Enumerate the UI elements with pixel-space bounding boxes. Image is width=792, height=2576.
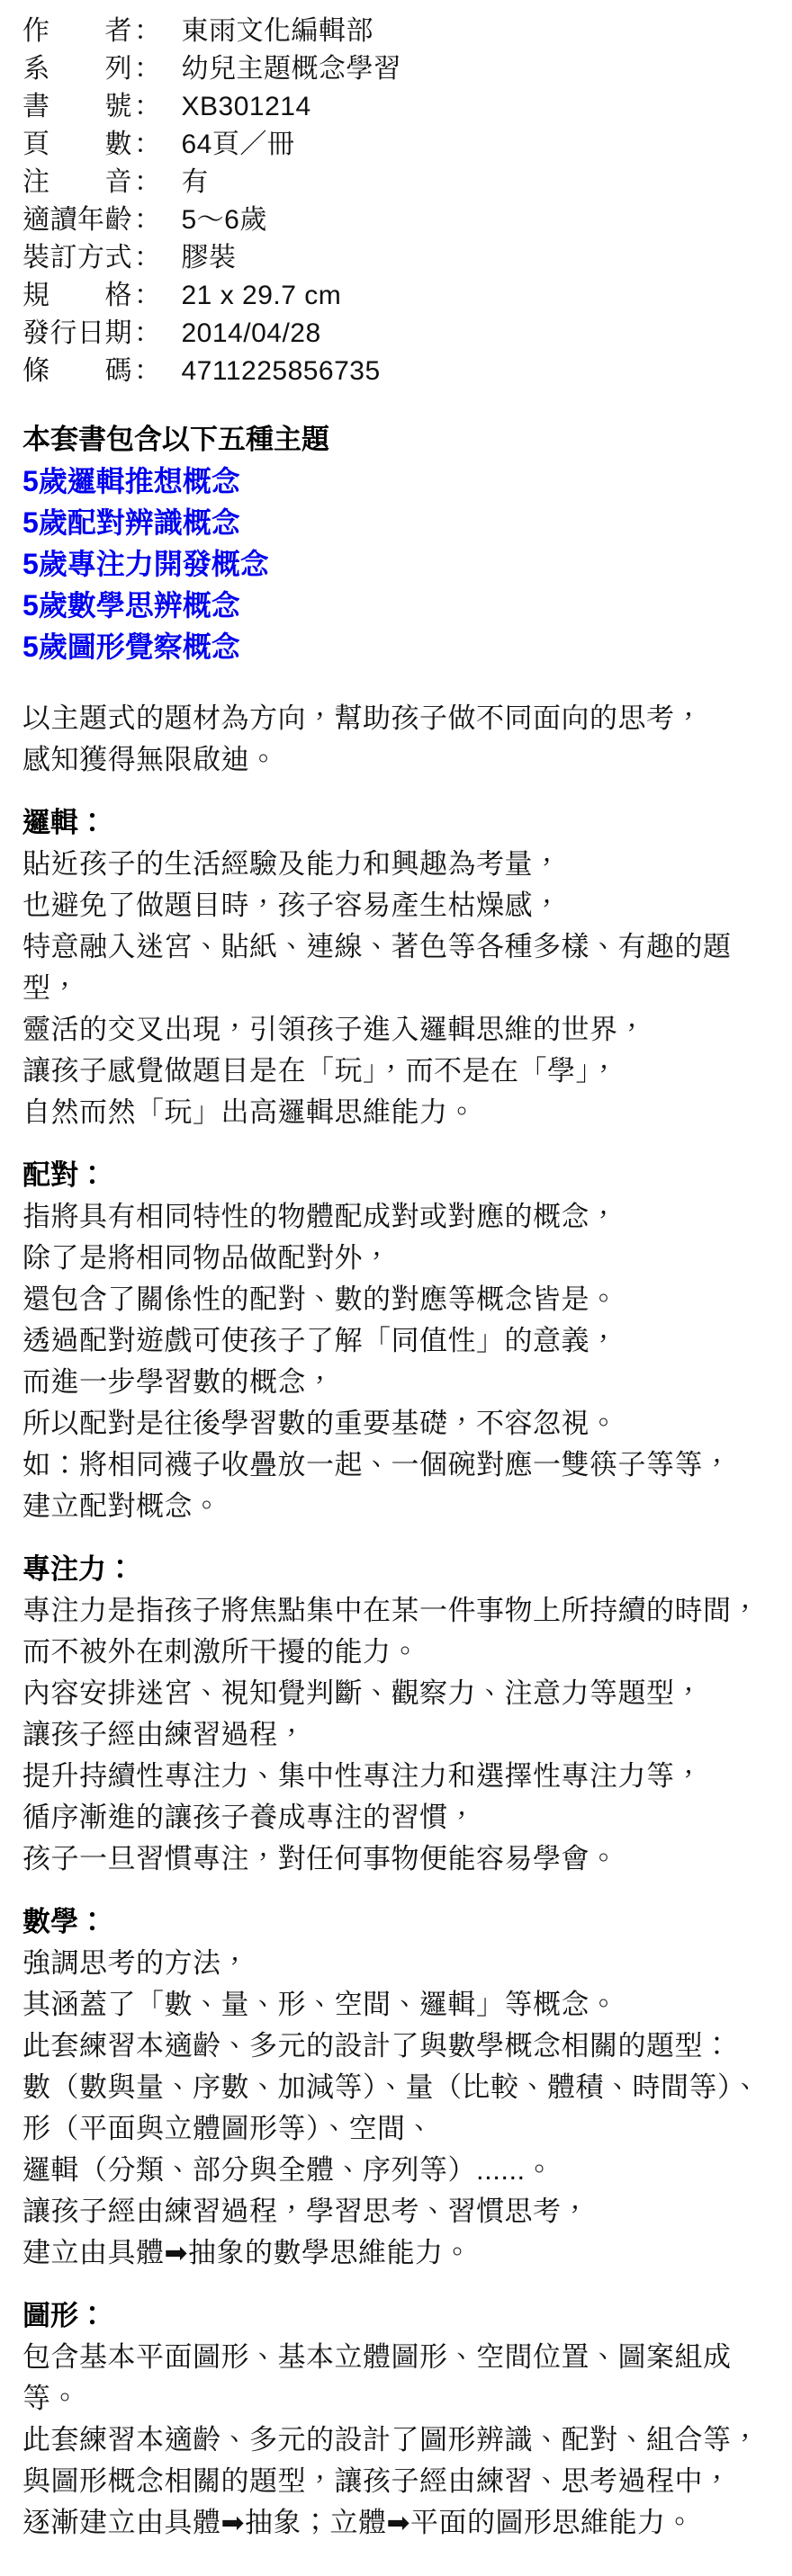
theme-links: 5歲邏輯推想概念 5歲配對辨識概念 5歲專注力開發概念 5歲數學思辨概念 5歲圖… — [22, 461, 774, 667]
meta-row-author: 作者 ： 東雨文化編輯部 — [22, 13, 774, 50]
meta-row-book-number: 書號 ： XB301214 — [22, 88, 774, 126]
meta-label: 適讀年齡 — [22, 201, 132, 239]
section-line: 讓孩子感覺做題目是在「玩」，而不是在「學」， — [22, 1051, 774, 1092]
section-line: 內容安排迷宮、視知覺判斷、觀察力、注意力等題型， — [22, 1673, 774, 1714]
section-line: 其涵蓋了「數、量、形、空間、邏輯」等概念。 — [22, 1984, 774, 2026]
theme-link-shapes[interactable]: 5歲圖形覺察概念 — [22, 626, 240, 667]
section-line: 建立配對概念。 — [22, 1486, 774, 1527]
meta-colon: ： — [134, 13, 162, 50]
meta-row-series: 系列 ： 幼兒主題概念學習 — [22, 50, 774, 88]
section-line: 貼近孩子的生活經驗及能力和興趣為考量， — [22, 844, 774, 885]
intro-line: 感知獲得無限啟迪。 — [22, 739, 774, 781]
meta-colon: ： — [134, 50, 162, 88]
section-line: 與圖形概念相關的題型，讓孩子經由練習、思考過程中， — [22, 2461, 774, 2502]
book-metadata: 作者 ： 東雨文化編輯部 系列 ： 幼兒主題概念學習 書號 ： XB301214… — [22, 13, 774, 390]
meta-colon: ： — [134, 88, 162, 126]
meta-row-pages: 頁數 ： 64頁／冊 — [22, 126, 774, 164]
section-math: 數學： 強調思考的方法， 其涵蓋了「數、量、形、空間、邏輯」等概念。 此套練習本… — [22, 1901, 774, 2274]
meta-colon: ： — [134, 353, 162, 390]
section-line: 強調思考的方法， — [22, 1943, 774, 1984]
meta-label: 發行日期 — [22, 315, 132, 353]
meta-value: 64頁／冊 — [182, 126, 295, 164]
meta-label: 條碼 — [22, 353, 132, 390]
section-line: 也避免了做題目時，孩子容易產生枯燥感， — [22, 885, 774, 926]
section-line: 建立由具體➡抽象的數學思維能力。 — [22, 2232, 774, 2274]
section-line: 除了是將相同物品做配對外， — [22, 1238, 774, 1279]
meta-value: 2014/04/28 — [182, 315, 321, 353]
section-focus: 專注力： 專注力是指孩子將焦點集中在某一件事物上所持續的時間， 而不被外在刺激所… — [22, 1549, 774, 1880]
section-heading: 配對： — [22, 1155, 774, 1196]
meta-value: 21 x 29.7 cm — [182, 277, 342, 315]
section-line: 讓孩子經由練習過程， — [22, 1714, 774, 1756]
section-heading: 圖形： — [22, 2295, 774, 2337]
meta-label: 系列 — [22, 50, 132, 88]
meta-label: 作者 — [22, 13, 132, 50]
section-shapes: 圖形： 包含基本平面圖形、基本立體圖形、空間位置、圖案組成等。 此套練習本適齡、… — [22, 2295, 774, 2544]
meta-label: 裝訂方式 — [22, 239, 132, 277]
intro-paragraph: 以主題式的題材為方向，幫助孩子做不同面向的思考， 感知獲得無限啟迪。 — [22, 698, 774, 781]
section-line: 提升持續性專注力、集中性專注力和選擇性專注力等， — [22, 1756, 774, 1797]
meta-value: XB301214 — [182, 88, 311, 126]
section-line: 如：將相同襪子收疊放一起、一個碗對應一雙筷子等等， — [22, 1445, 774, 1486]
meta-row-publish-date: 發行日期 ： 2014/04/28 — [22, 315, 774, 353]
meta-colon: ： — [134, 277, 162, 315]
section-line: 數（數與量、序數、加減等）、量（比較、體積、時間等）、 — [22, 2067, 774, 2108]
section-line: 包含基本平面圖形、基本立體圖形、空間位置、圖案組成等。 — [22, 2337, 774, 2419]
meta-label: 規格 — [22, 277, 132, 315]
theme-link-focus[interactable]: 5歲專注力開發概念 — [22, 543, 269, 585]
intro-line: 以主題式的題材為方向，幫助孩子做不同面向的思考， — [22, 698, 774, 739]
section-line: 邏輯（分類、部分與全體、序列等）......。 — [22, 2150, 774, 2191]
section-line: 自然而然「玩」出高邏輯思維能力。 — [22, 1092, 774, 1133]
meta-colon: ： — [134, 126, 162, 164]
meta-row-barcode: 條碼 ： 4711225856735 — [22, 353, 774, 390]
section-line: 逐漸建立由具體➡抽象；立體➡平面的圖形思維能力。 — [22, 2502, 774, 2544]
meta-value: 膠裝 — [182, 239, 237, 277]
section-line: 此套練習本適齡、多元的設計了與數學概念相關的題型： — [22, 2026, 774, 2067]
meta-colon: ： — [134, 239, 162, 277]
section-line: 孩子一旦習慣專注，對任何事物便能容易學會。 — [22, 1838, 774, 1880]
section-line: 形（平面與立體圖形等）、空間、 — [22, 2108, 774, 2150]
meta-row-phonetic: 注音 ： 有 — [22, 164, 774, 201]
section-line: 透過配對遊戲可使孩子了解「同值性」的意義， — [22, 1320, 774, 1362]
section-line: 還包含了關係性的配對、數的對應等概念皆是。 — [22, 1279, 774, 1320]
meta-colon: ： — [134, 164, 162, 201]
meta-label: 書號 — [22, 88, 132, 126]
section-line: 所以配對是往後學習數的重要基礎，不容忽視。 — [22, 1403, 774, 1445]
product-detail-page: 作者 ： 東雨文化編輯部 系列 ： 幼兒主題概念學習 書號 ： XB301214… — [0, 0, 792, 2576]
meta-value: 有 — [182, 164, 210, 201]
meta-value: 東雨文化編輯部 — [182, 13, 374, 50]
section-line: 而不被外在刺激所干擾的能力。 — [22, 1632, 774, 1673]
meta-value: 4711225856735 — [182, 353, 381, 390]
meta-colon: ： — [134, 201, 162, 239]
meta-colon: ： — [134, 315, 162, 353]
section-line: 讓孩子經由練習過程，學習思考、習慣思考， — [22, 2191, 774, 2232]
meta-row-size: 規格 ： 21 x 29.7 cm — [22, 277, 774, 315]
meta-label: 頁數 — [22, 126, 132, 164]
section-line: 特意融入迷宮、貼紙、連線、著色等各種多樣、有趣的題型， — [22, 926, 774, 1009]
section-heading: 數學： — [22, 1901, 774, 1943]
section-line: 循序漸進的讓孩子養成專注的習慣， — [22, 1797, 774, 1838]
meta-label: 注音 — [22, 164, 132, 201]
section-heading: 專注力： — [22, 1549, 774, 1590]
section-line: 靈活的交叉出現，引領孩子進入邏輯思維的世界， — [22, 1009, 774, 1051]
theme-link-matching[interactable]: 5歲配對辨識概念 — [22, 502, 240, 543]
section-line: 而進一步學習數的概念， — [22, 1362, 774, 1403]
theme-link-math[interactable]: 5歲數學思辨概念 — [22, 585, 240, 626]
section-line: 專注力是指孩子將焦點集中在某一件事物上所持續的時間， — [22, 1590, 774, 1632]
section-line: 此套練習本適齡、多元的設計了圖形辨識、配對、組合等， — [22, 2419, 774, 2461]
section-logic: 邏輯： 貼近孩子的生活經驗及能力和興趣為考量， 也避免了做題目時，孩子容易產生枯… — [22, 802, 774, 1133]
meta-row-binding: 裝訂方式 ： 膠裝 — [22, 239, 774, 277]
section-line: 指將具有相同特性的物體配成對或對應的概念， — [22, 1196, 774, 1238]
section-heading: 邏輯： — [22, 802, 774, 844]
meta-row-reading-age: 適讀年齡 ： 5～6歲 — [22, 201, 774, 239]
section-matching: 配對： 指將具有相同特性的物體配成對或對應的概念， 除了是將相同物品做配對外， … — [22, 1155, 774, 1527]
meta-value: 幼兒主題概念學習 — [182, 50, 401, 88]
meta-value: 5～6歲 — [182, 201, 267, 239]
themes-heading: 本套書包含以下五種主題 — [22, 419, 774, 461]
theme-link-logic[interactable]: 5歲邏輯推想概念 — [22, 461, 240, 502]
